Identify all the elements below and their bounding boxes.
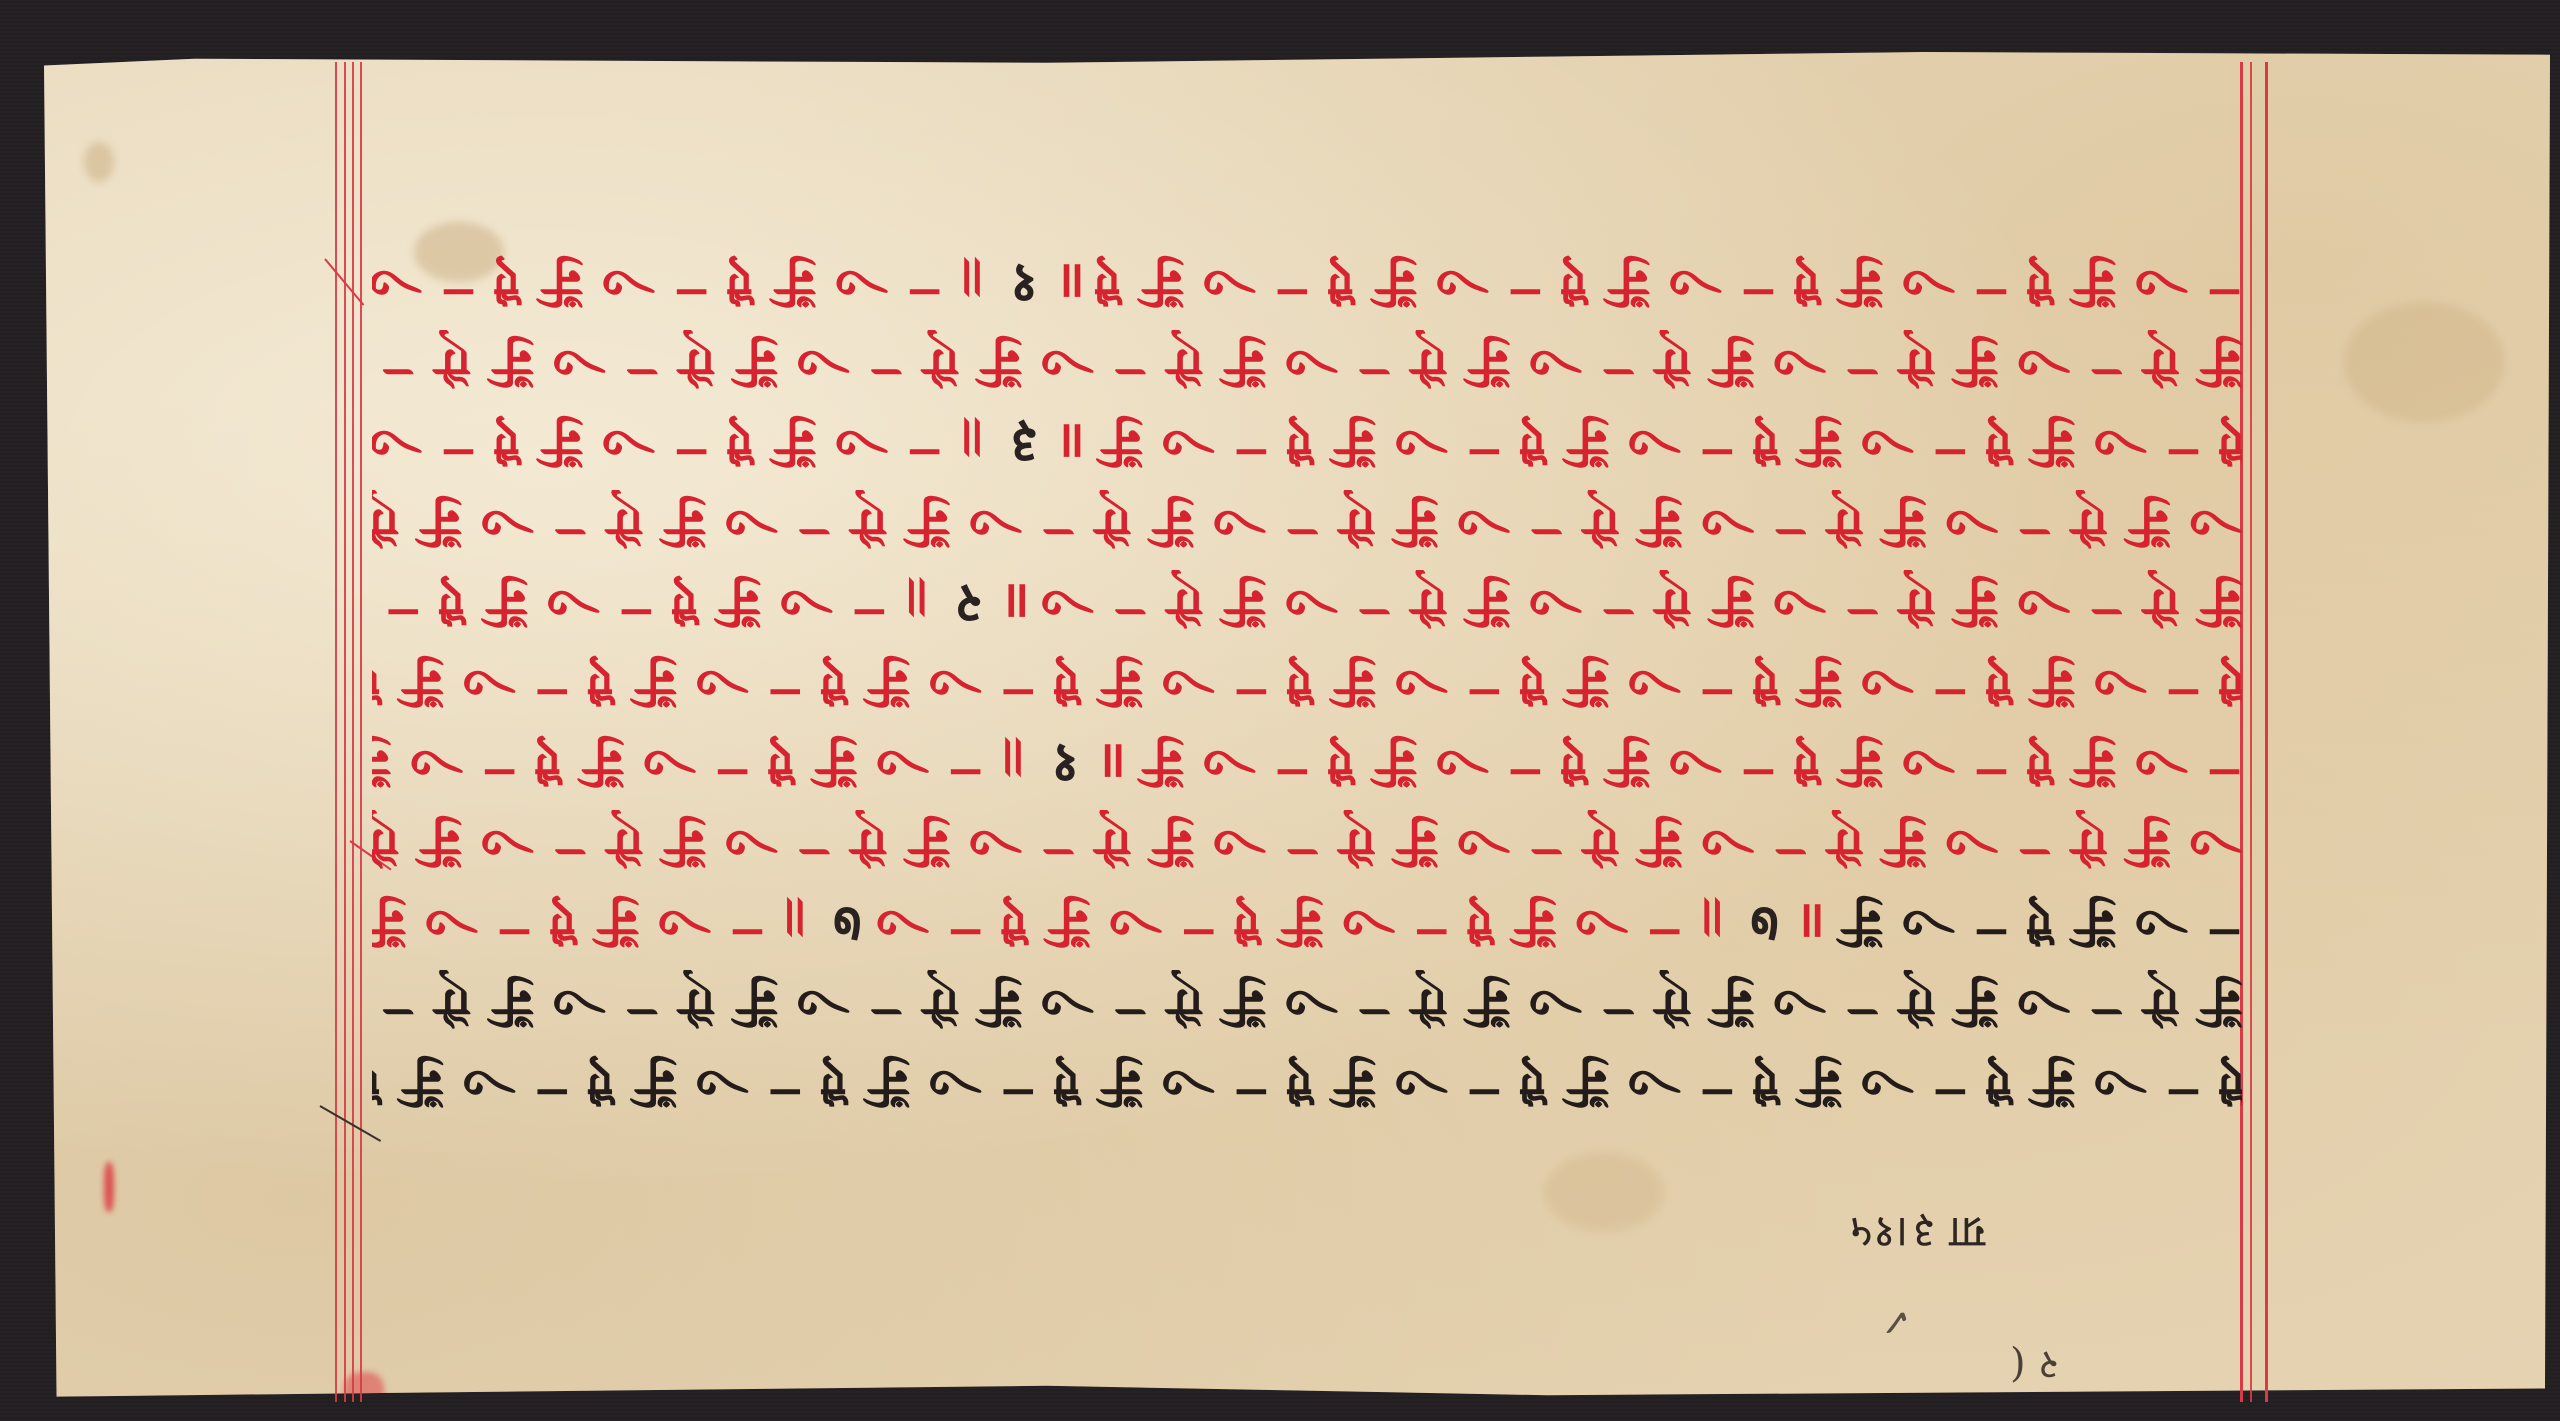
stain: [1544, 1152, 1664, 1232]
text-segment: ꣻ ꣼ ꣽ ꣾ ꣻ ꣼ ꣽ ꣾ ꣻ ꣼ ꣽ ꣾ ꣻ ꣼ ꣽ ꣾ ꣻ ꣼ ꣽ ꣾ: [1095, 250, 2242, 309]
text-segment: ꣾ ꣻ ꣼ ꣽ ꣾ ꣻ ꣼ ꣽ ꣾ ꣻ ꣼ ꣽ ꣾ ꣻ ꣼ ꣽ ꣾ ꣻ ꣼ ꣽ: [1095, 410, 2242, 469]
text-segment: ꣼ ꣽ ꣾ ꣻ ꣼ ꣽ ꣾ ꣻ ꣼ ꣽ ꣾ ꣻ ꣼ ꣽ ꣾ ꣻ ꣼ ꣽ ꣾ ꣻ …: [372, 490, 2242, 549]
stain: [2344, 302, 2504, 422]
left-margin-rule: [335, 62, 337, 1402]
text-segment: ꣽ ꣾ ꣻ ꣼ ꣽ ꣾ ꣻ ꣼ ꣽ ꣾ ꣻ ꣼ ꣽ ꣾ ꣻ ꣼ ꣽ ꣾ ꣻ ꣼ …: [372, 330, 2242, 389]
text-line-2: ꣽ ꣾ ꣻ ꣼ ꣽ ꣾ ꣻ ꣼ ꣽ ꣾ ꣻ ꣼ ꣽ ꣾ ꣻ ꣼ ꣽ ꣾ ꣻ ꣼ …: [372, 330, 2242, 396]
text-segment: ॥ ꣻ ꣼ ꣽ ꣾ ꣻ ꣼ ꣽ ꣾ ꣻ ꣼ ꣽ ꣾ ꣻ ꣼ ꣽ ꣾ ꣻ ꣼: [372, 250, 995, 309]
red-smudge: [104, 1162, 114, 1212]
text-line-3: ꣾ ꣻ ꣼ ꣽ ꣾ ꣻ ꣼ ꣽ ꣾ ꣻ ꣼ ꣽ ꣾ ꣻ ꣼ ꣽ ꣾ ꣻ ꣼ ꣽ …: [372, 410, 2242, 476]
text-segment: ॥ ꣻ ꣼ ꣽ ꣾ ꣻ ꣼ ꣽ ꣾ ꣻ ꣼ ꣽ ꣾ ꣻ ꣼ ꣽ ꣾ ꣻ ꣼: [372, 570, 940, 629]
text-line-6: ꣾ ꣻ ꣼ ꣽ ꣾ ꣻ ꣼ ꣽ ꣾ ꣻ ꣼ ꣽ ꣾ ꣻ ꣼ ꣽ ꣾ ꣻ ꣼ ꣽ …: [372, 650, 2242, 716]
text-segment: ॥ ꣻ ꣼ ꣽ ꣾ ꣻ ꣼ ꣽ ꣾ ꣻ ꣼ ꣽ ꣾ ꣻ ꣼ ꣽ ꣾ ꣻ ꣼ ꣽ: [372, 730, 1036, 789]
stain: [84, 142, 114, 182]
verse-number: १: [1036, 730, 1093, 796]
text-segment: ꣽ ꣾ ꣻ ꣼ ꣽ ꣾ ꣻ ꣼ ꣽ ꣾ ꣻ ꣼ ꣽ ꣾ ꣻ ꣼ ꣽ ꣾ ꣻ ꣼ …: [372, 970, 2242, 1029]
danda: ॥: [1052, 250, 1095, 316]
manuscript-text-block: ꣻ ꣼ ꣽ ꣾ ꣻ ꣼ ꣽ ꣾ ꣻ ꣼ ꣽ ꣾ ꣻ ꣼ ꣽ ꣾ ꣻ ꣼ ꣽ ꣾ …: [372, 250, 2242, 1130]
verse-number: ७: [1735, 890, 1792, 956]
text-segment: ꣾ ꣻ ꣼ ꣽ ꣾ ꣻ ꣼ ꣽ ꣾ ꣻ ꣼ ꣽ ꣾ ꣻ ꣼ ꣽ ꣾ ꣻ ꣼ ꣽ …: [372, 650, 2242, 709]
left-margin-rule: [352, 62, 354, 1402]
right-margin-rule: [2250, 62, 2252, 1402]
text-segment: ॥ ꣻ ꣼ ꣽ ꣾ ꣻ ꣼ ꣽ ꣾ ꣻ ꣼ ꣽ: [372, 890, 818, 949]
text-segment: ॥ ꣻ ꣼ ꣽ ꣾ ꣻ ꣼ ꣽ ꣾ ꣻ ꣼ ꣽ ꣾ ꣻ ꣼ ꣽ ꣾ ꣻ: [372, 410, 995, 469]
danda: ॥: [1792, 890, 1835, 956]
verse-number: १: [995, 250, 1052, 316]
text-segment: ꣻ ꣼ ꣽ ꣾ ꣻ ꣼ ꣽ: [1835, 890, 2242, 949]
left-margin-rule: [344, 62, 346, 1402]
text-segment: ॥ ꣻ ꣼ ꣽ ꣾ ꣻ ꣼ ꣽ ꣾ ꣻ ꣼ ꣽ ꣾ ꣻ ꣼: [875, 890, 1735, 949]
text-line-4: ꣼ ꣽ ꣾ ꣻ ꣼ ꣽ ꣾ ꣻ ꣼ ꣽ ꣾ ꣻ ꣼ ꣽ ꣾ ꣻ ꣼ ꣽ ꣾ ꣻ …: [372, 490, 2242, 556]
verse-number: ७: [818, 890, 875, 956]
text-line-5: ꣽ ꣾ ꣻ ꣼ ꣽ ꣾ ꣻ ꣼ ꣽ ꣾ ꣻ ꣼ ꣽ ꣾ ꣻ ꣼ ꣽ ꣾ ꣻ ꣼ …: [372, 570, 2242, 636]
danda: ॥: [997, 570, 1040, 636]
text-line-8: ꣼ ꣽ ꣾ ꣻ ꣼ ꣽ ꣾ ꣻ ꣼ ꣽ ꣾ ꣻ ꣼ ꣽ ꣾ ꣻ ꣼ ꣽ ꣾ ꣻ …: [372, 810, 2242, 876]
right-margin-rule: [2265, 62, 2268, 1402]
verse-number: ३: [995, 410, 1052, 476]
corner-mark: ✓: [1880, 1300, 1912, 1344]
text-line-11: ꣾ ꣻ ꣼ ꣽ ꣾ ꣻ ꣼ ꣽ ꣾ ꣻ ꣼ ꣽ ꣾ ꣻ ꣼ ꣽ ꣾ ꣻ ꣼ ꣽ …: [372, 1050, 2242, 1116]
text-segment: ꣼ ꣽ ꣾ ꣻ ꣼ ꣽ ꣾ ꣻ ꣼ ꣽ ꣾ ꣻ ꣼ ꣽ ꣾ ꣻ ꣼ ꣽ ꣾ ꣻ …: [372, 810, 2242, 869]
text-segment: ꣾ ꣻ ꣼ ꣽ ꣾ ꣻ ꣼ ꣽ ꣾ ꣻ ꣼ ꣽ ꣾ ꣻ ꣼ ꣽ ꣾ ꣻ ꣼ ꣽ …: [372, 1050, 2242, 1109]
verse-number: २: [940, 570, 997, 636]
left-margin-rule: [360, 62, 362, 1402]
text-segment: ꣽ ꣾ ꣻ ꣼ ꣽ ꣾ ꣻ ꣼ ꣽ ꣾ ꣻ ꣼ ꣽ ꣾ ꣻ ꣼ ꣽ ꣾ ꣻ ꣼: [1040, 570, 2242, 629]
leaf-number-note: २ (: [2010, 1340, 2059, 1395]
text-line-10: ꣽ ꣾ ꣻ ꣼ ꣽ ꣾ ꣻ ꣼ ꣽ ꣾ ꣻ ꣼ ꣽ ꣾ ꣻ ꣼ ꣽ ꣾ ꣻ ꣼ …: [372, 970, 2242, 1036]
danda: ॥: [1093, 730, 1136, 796]
text-line-1: ꣻ ꣼ ꣽ ꣾ ꣻ ꣼ ꣽ ꣾ ꣻ ꣼ ꣽ ꣾ ꣻ ꣼ ꣽ ꣾ ꣻ ꣼ ꣽ ꣾ …: [372, 250, 2242, 316]
text-line-9: ꣻ ꣼ ꣽ ꣾ ꣻ ꣼ ꣽ ॥ ७ ॥ ꣻ ꣼ ꣽ ꣾ ꣻ ꣼ ꣽ ꣾ ꣻ ꣼ …: [372, 890, 2242, 956]
danda: ॥: [1052, 410, 1095, 476]
folio-label-note: ग्रा ३।१५: [1850, 1205, 1986, 1265]
text-segment: ꣻ ꣼ ꣽ ꣾ ꣻ ꣼ ꣽ ꣾ ꣻ ꣼ ꣽ ꣾ ꣻ ꣼ ꣽ ꣾ ꣻ ꣼ ꣽ: [1136, 730, 2242, 789]
text-line-7: ꣻ ꣼ ꣽ ꣾ ꣻ ꣼ ꣽ ꣾ ꣻ ꣼ ꣽ ꣾ ꣻ ꣼ ꣽ ꣾ ꣻ ꣼ ꣽ ॥ …: [372, 730, 2242, 796]
